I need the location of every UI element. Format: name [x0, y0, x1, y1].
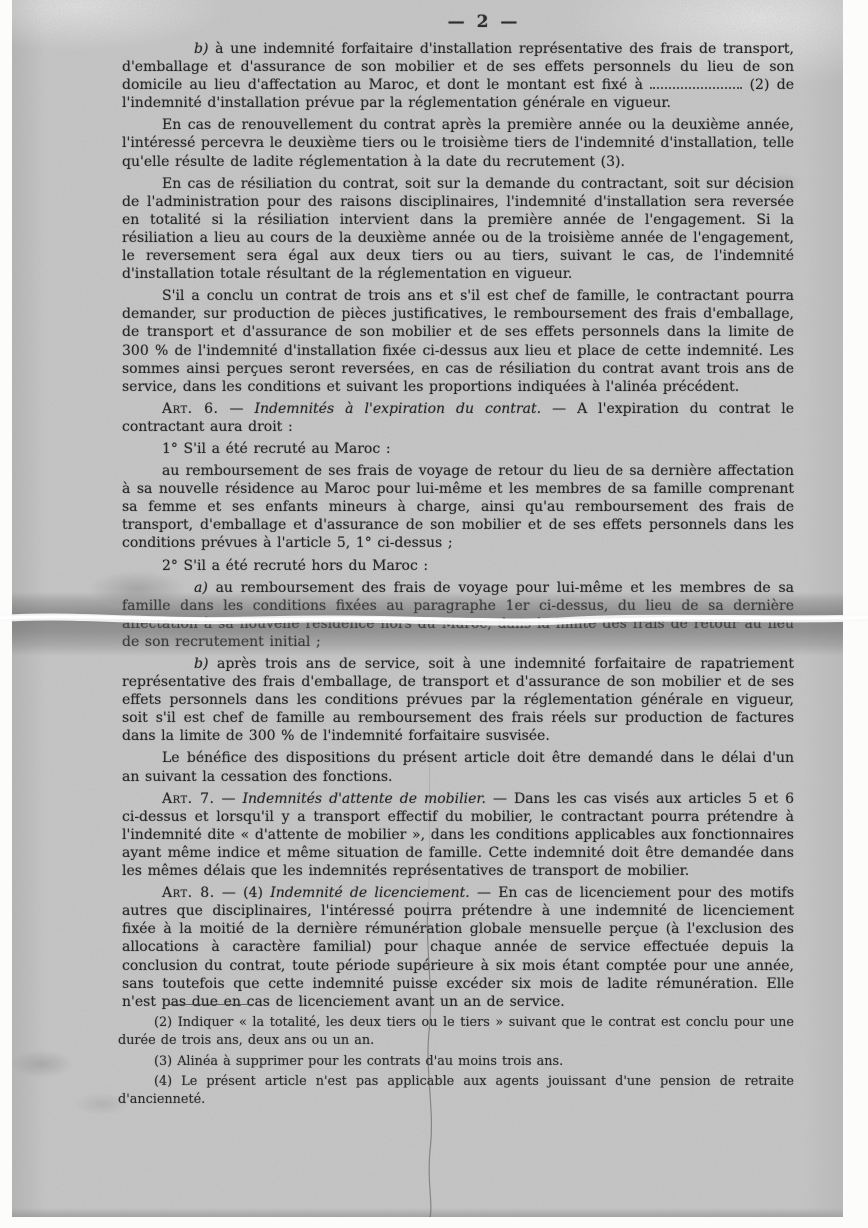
- article-6-paragraph: Art. 6. — Indemnités à l'expiration du c…: [122, 400, 794, 436]
- paragraph-text: au remboursement des frais de voyage pou…: [122, 580, 794, 650]
- paragraph-contract-termination: En cas de résiliation du contrat, soit s…: [122, 175, 794, 284]
- paragraph-text: — En cas de licenciement pour des motifs…: [122, 885, 794, 1010]
- dash: —: [222, 885, 236, 901]
- article-7-title: Indemnités d'attente de mobilier.: [242, 791, 486, 807]
- article-6-title: Indemnités à l'expiration du contrat.: [254, 401, 541, 417]
- list-marker-a: a): [194, 580, 208, 596]
- footnote-reference-4: (4): [243, 885, 263, 901]
- dash: —: [221, 791, 235, 807]
- paragraph-text: après trois ans de service, soit à une i…: [122, 656, 794, 744]
- article-6-label: Art. 6.: [162, 401, 218, 417]
- paragraph-b-repatriation: b) après trois ans de service, soit à un…: [122, 655, 794, 745]
- article-8-label: Art. 8.: [162, 885, 215, 901]
- list-marker-b2: b): [194, 656, 208, 672]
- item-2-recruited-outside-morocco: 2° S'il a été recruté hors du Maroc :: [122, 557, 794, 575]
- paragraph-installation-indemnity: b) à une indemnité forfaitaire d'install…: [122, 40, 794, 112]
- paragraph-benefit-deadline: Le bénéfice des dispositions du présent …: [122, 749, 794, 785]
- footnote-2: (2) Indiquer « la totalité, les deux tie…: [118, 1014, 794, 1050]
- footnote-3: (3) Alinéa à supprimer pour les contrats…: [118, 1053, 794, 1071]
- paragraph-head-of-family: S'il a conclu un contrat de trois ans et…: [122, 287, 794, 396]
- footnote-separator-rule: [168, 1004, 254, 1005]
- footnote-4: (4) Le présent article n'est pas applica…: [118, 1073, 794, 1109]
- paragraph-travel-reimbursement: au remboursement de ses frais de voyage …: [122, 462, 794, 552]
- document-body: b) à une indemnité forfaitaire d'install…: [122, 40, 794, 1015]
- dash: —: [229, 401, 243, 417]
- paragraph-contract-renewal: En cas de renouvellement du contrat aprè…: [122, 116, 794, 170]
- page-number: — 2 —: [100, 12, 868, 32]
- paragraph-a-travel-costs: a) au remboursement des frais de voyage …: [122, 579, 794, 651]
- footnotes-section: (2) Indiquer « la totalité, les deux tie…: [118, 1004, 794, 1112]
- item-1-recruited-in-morocco: 1° S'il a été recruté au Maroc :: [122, 440, 794, 458]
- blank-dotted-line: [650, 78, 742, 89]
- list-marker-b: b): [194, 41, 208, 57]
- article-8-title: Indemnité de licenciement.: [270, 885, 470, 901]
- article-7-label: Art. 7.: [162, 791, 214, 807]
- article-8-paragraph: Art. 8. — (4) Indemnité de licenciement.…: [122, 884, 794, 1011]
- article-7-paragraph: Art. 7. — Indemnités d'attente de mobili…: [122, 790, 794, 880]
